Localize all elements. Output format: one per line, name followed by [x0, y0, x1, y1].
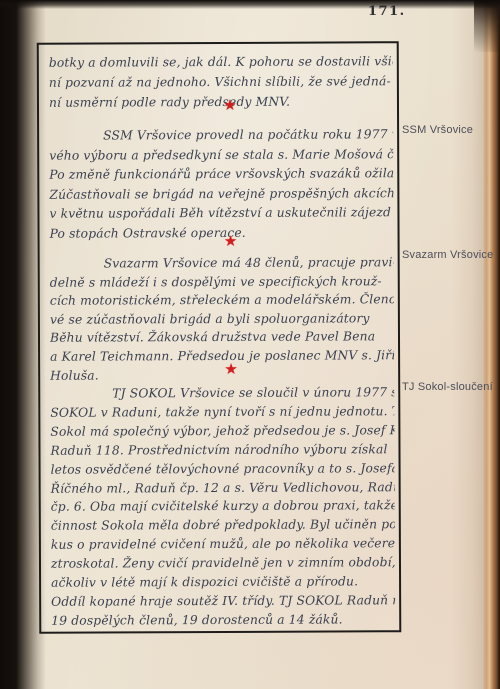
red-star-icon: ★	[219, 98, 241, 113]
handwritten-line: letos osvědčené tělovýchovné pracovníky …	[51, 459, 395, 479]
handwritten-line: čp. 6. Oba mají cvičitelské kurzy a dobr…	[51, 497, 395, 517]
paragraph-sokol: TJ SOKOL Vršovice se sloučil v únoru 197…	[50, 383, 395, 630]
margin-note-svazarm: Svazarm Vršovice	[402, 249, 497, 261]
handwritten-line: SOKOL v Raduni, takže nyní tvoří s ní je…	[50, 402, 394, 422]
handwritten-line: cích motoristickém, střeleckém a modelář…	[50, 290, 394, 310]
handwritten-line: Běhu vítězství. Žákovská družstva vede P…	[50, 328, 394, 348]
margin-note-sokol: TJ Sokol-sloučení	[402, 381, 497, 393]
handwritten-line: Oddíl kopané hraje soutěž IV. třídy. TJ …	[51, 591, 395, 611]
margin-note-ssm: SSM Vršovice	[402, 124, 497, 136]
book-page-edges	[483, 0, 500, 689]
page-number: 171.	[368, 4, 406, 20]
red-star-icon: ★	[220, 362, 242, 377]
handwritten-line: botky a domluvili se, jak dál. K pohoru …	[49, 51, 393, 73]
handwritten-line: Raduň 118. Prostřednictvím národního výb…	[50, 440, 394, 460]
red-star-icon: ★	[220, 234, 242, 249]
chronicle-page-photo: 171. botky a domluvili se, jak dál. K po…	[0, 0, 500, 689]
paragraph-ssm: SSM Vršovice provedl na počátku roku 197…	[49, 125, 394, 243]
handwritten-line: 19 dospělých členů, 19 dorostenců a 14 ž…	[51, 610, 395, 630]
handwritten-line: ní pozvaní až na jednoho. Všichni slíbil…	[49, 71, 393, 93]
handwritten-line: delně s mládeží i s dospělými ve specifi…	[50, 272, 394, 292]
handwritten-line: kus o pravidelné cvičení mužů, ale po ně…	[51, 534, 395, 554]
handwritten-line: v květnu uspořádali Běh vítězství a usku…	[49, 203, 393, 224]
handwritten-line: Zúčastňovali se brigád na veřejně prospě…	[49, 184, 393, 205]
handwritten-line: vého výboru a předsedkyní se stala s. Ma…	[49, 145, 393, 166]
handwritten-line: vé se zúčastňovali brigád a byli spoluor…	[50, 309, 394, 329]
text-frame: botky a domluvili se, jak dál. K pohoru …	[37, 41, 402, 634]
top-edge-shadow	[0, 0, 500, 9]
handwritten-line: Sokol má společný výbor, jehož předsedou…	[50, 421, 394, 441]
handwritten-line: Svazarm Vršovice má 48 členů, pracuje pr…	[50, 253, 394, 273]
handwritten-line: Říčného ml., Raduň čp. 12 a s. Věru Vedl…	[51, 478, 395, 498]
handwritten-line: SSM Vršovice provedl na počátku roku 197…	[49, 125, 393, 146]
handwritten-line: Po změně funkcionářů práce vršovských sv…	[49, 164, 393, 185]
handwritten-line: ztroskotal. Ženy cvičí pravidelně jen v …	[51, 553, 395, 573]
page-edge-shadow	[451, 0, 485, 689]
handwritten-line: činnost Sokola měla dobré předpoklady. B…	[51, 516, 395, 536]
handwritten-line: ačkoliv v létě mají k dispozici cvičiště…	[51, 572, 395, 592]
handwritten-line: TJ SOKOL Vršovice se sloučil v únoru 197…	[50, 383, 394, 403]
